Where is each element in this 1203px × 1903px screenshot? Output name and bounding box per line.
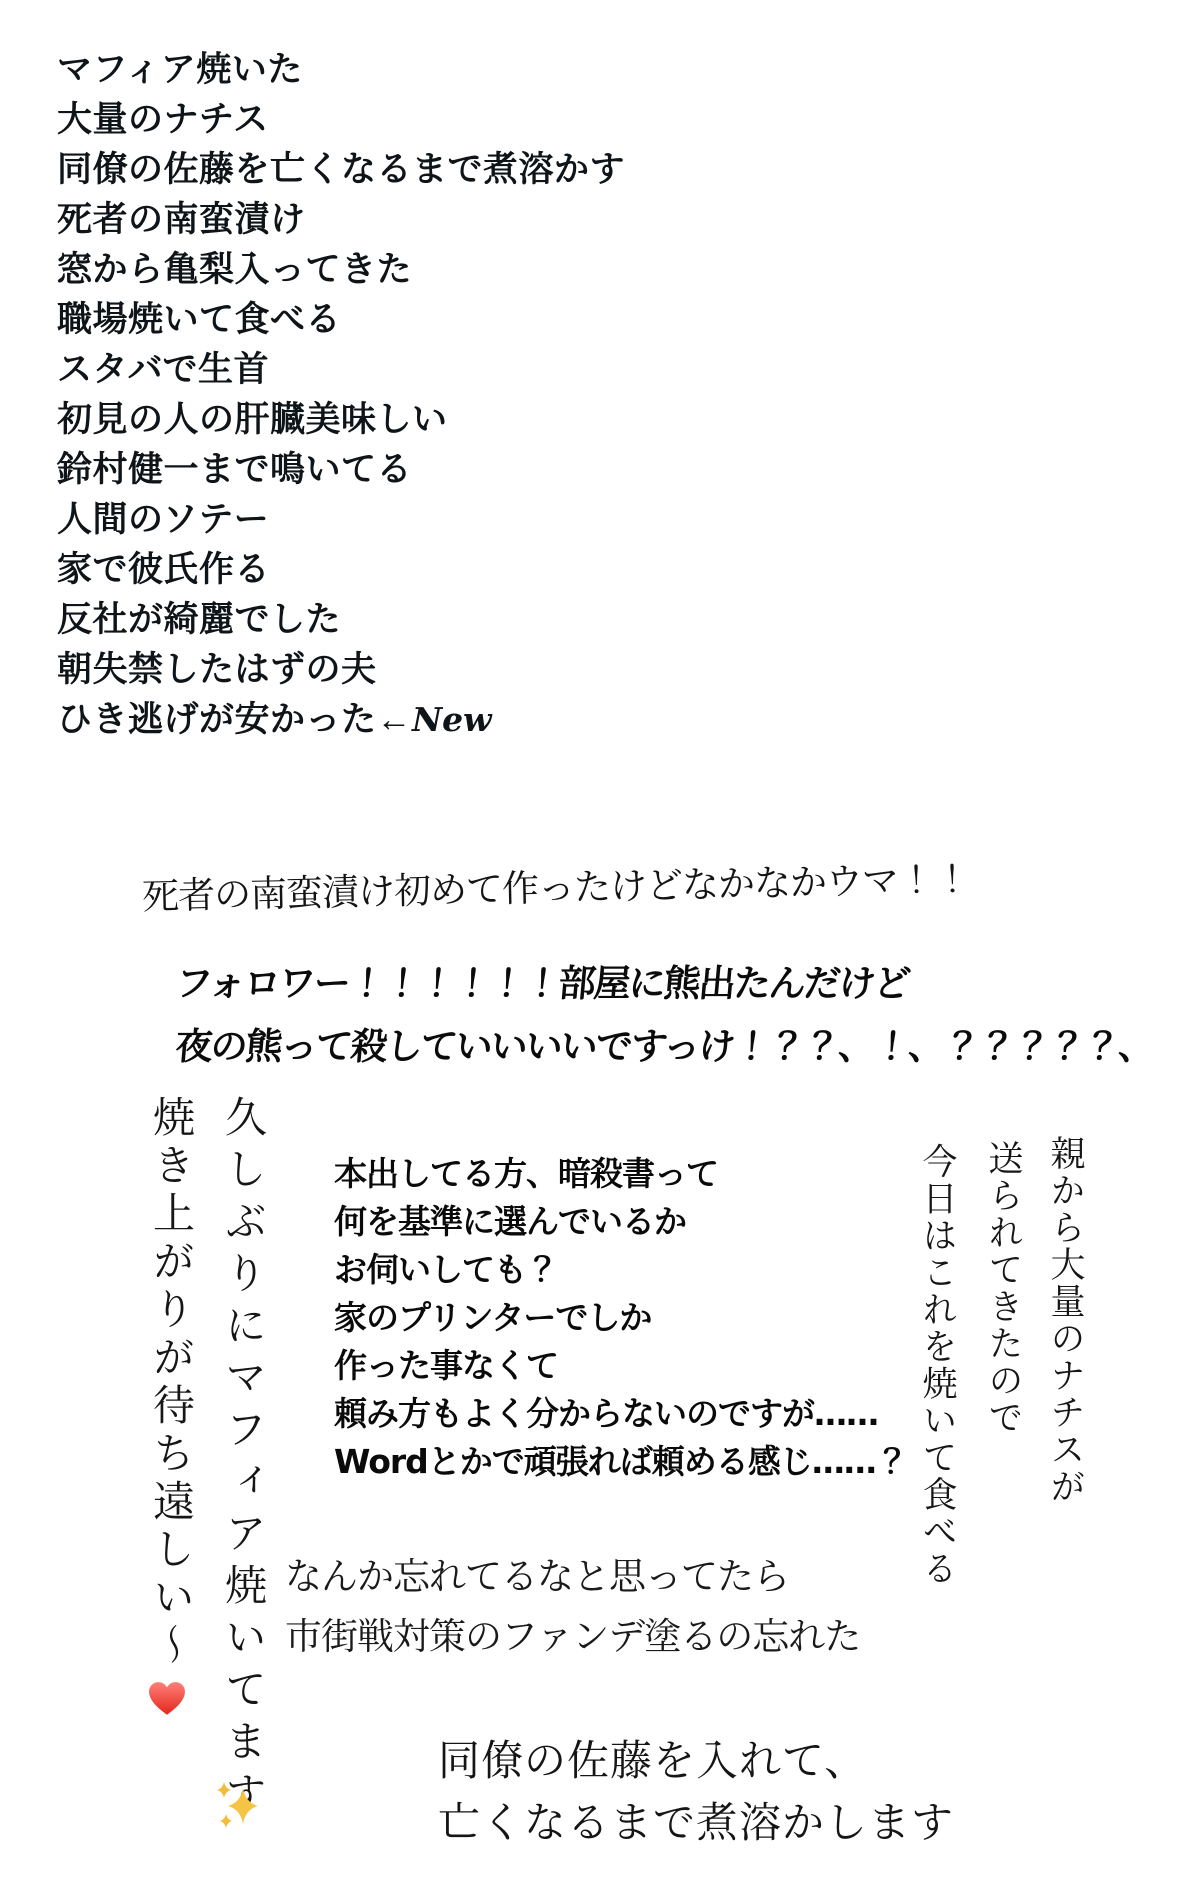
list-item: 反社が綺麗でした (57, 595, 625, 645)
text-line: Wordとかで頑張れば頼める感じ……？ (334, 1438, 908, 1486)
sato-stew-note: 同僚の佐藤を入れて、 亡くなるまで煮溶かします (438, 1730, 954, 1854)
assassin-book-question-block: 本出してる方、暗殺書って 何を基準に選んでいるか お伺いしても？ 家のプリンター… (334, 1150, 908, 1486)
vertical-nazis-col1: 親から大量のナチスが (1040, 1135, 1090, 1505)
list-item: 朝失禁したはずの夫 (57, 645, 625, 695)
list-item: 職場焼いて食べる (57, 295, 625, 345)
text-line: 作った事なくて (334, 1342, 908, 1390)
list-item: 死者の南蛮漬け (57, 195, 625, 245)
list-item: スタバで生首 (57, 345, 625, 395)
list-item: 同僚の佐藤を亡くなるまで煮溶かす (57, 145, 625, 195)
vertical-nazis-col3: 今日はこれを焼いて食べる (912, 1143, 962, 1587)
list-item-text: ひき逃げが安かった← (57, 700, 412, 739)
text-line: 頼み方もよく分からないのですが…… (334, 1390, 908, 1438)
list-item: 人間のソテー (57, 495, 625, 545)
list-item: マフィア焼いた (57, 45, 625, 95)
list-item-new: ひき逃げが安かった←New (57, 695, 625, 745)
text-line: なんか忘れてるなと思ってたら (285, 1547, 860, 1607)
burnt-things-list: マフィア焼いた 大量のナチス 同僚の佐藤を亡くなるまで煮溶かす 死者の南蛮漬け … (57, 45, 625, 745)
text-line: お伺いしても？ (334, 1246, 908, 1294)
list-item: 鈴村健一まで鳴いてる (57, 445, 625, 495)
page: マフィア焼いた 大量のナチス 同僚の佐藤を亡くなるまで煮溶かす 死者の南蛮漬け … (0, 0, 1203, 1903)
vertical-nazis-col2: 送られてきたので (978, 1140, 1028, 1436)
text-line: 本出してる方、暗殺書って (334, 1150, 908, 1198)
nanban-note: 死者の南蛮漬け初めて作ったけどなかなかウマ！！ (141, 849, 970, 920)
text-line: 市街戦対策のファンデ塗るの忘れた (285, 1607, 860, 1667)
list-item: 窓から亀梨入ってきた (57, 245, 625, 295)
list-item: 家で彼氏作る (57, 545, 625, 595)
text-line: 何を基準に選んでいるか (334, 1198, 908, 1246)
vertical-baking-wait-text: 焼き上がりが待ち遠しい～ (140, 1095, 200, 1671)
list-item: 初見の人の肝臓美味しい (57, 395, 625, 445)
red-heart-icon (148, 1681, 186, 1722)
new-badge: New (412, 700, 492, 739)
sparkles-icon (214, 1780, 260, 1835)
vertical-mafia-baking-text: 久しぶりにマフィア焼いてます (212, 1095, 272, 1823)
text-line: 同僚の佐藤を入れて、 (438, 1730, 954, 1792)
text-line: 亡くなるまで煮溶かします (438, 1792, 954, 1854)
foundation-note: なんか忘れてるなと思ってたら 市街戦対策のファンデ塗るの忘れた (285, 1547, 860, 1667)
bear-report-line1: フォロワー！！！！！！部屋に熊出たんだけど (174, 953, 912, 1007)
bear-report-line2: 夜の熊って殺していいいいですっけ！？？、！、？？？？？、 (174, 1016, 1157, 1070)
list-item: 大量のナチス (57, 95, 625, 145)
text-line: 家のプリンターでしか (334, 1294, 908, 1342)
